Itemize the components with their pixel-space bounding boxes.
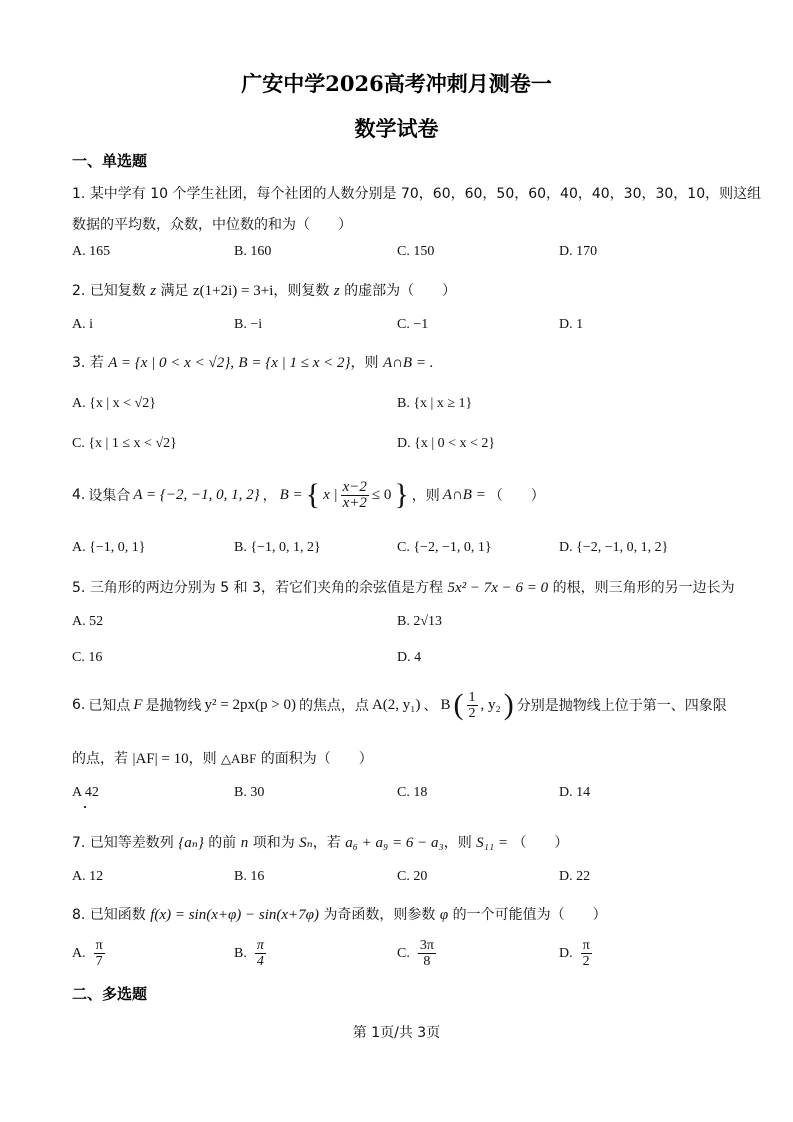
- q6-option-b: B. 30: [234, 785, 264, 801]
- q7-option-c: C. 20: [397, 869, 427, 885]
- q5-option-d: D. 4: [397, 650, 421, 666]
- q7-option-b: B. 16: [234, 869, 264, 885]
- q5-option-a: A. 52: [72, 614, 103, 630]
- question-8: 8. 已知函数 f(x) = sin(x+φ) − sin(x+7φ) 为奇函数…: [72, 904, 607, 924]
- q8-option-b: B. π4: [234, 938, 266, 969]
- exam-page: 广安中学2026高考冲刺月测卷一 数学试卷 一、单选题 1. 某中学有 10 个…: [0, 0, 793, 1122]
- right-paren: ): [504, 688, 514, 722]
- question-3: 3. 若 A = {x | 0 < x < √2}, B = {x | 1 ≤ …: [72, 352, 433, 372]
- q2-option-a: A. i: [72, 317, 93, 333]
- question-1-line-1: 1. 某中学有 10 个学生社团，每个社团的人数分别是 70，60，60，50，…: [72, 183, 761, 203]
- section-single-choice: 一、单选题: [72, 150, 147, 171]
- q2-option-c: C. −1: [397, 317, 428, 333]
- q6-option-d: D. 14: [559, 785, 590, 801]
- question-4: 4. 设集合 A = {−2, −1, 0, 1, 2} ， B = { x |…: [72, 478, 545, 512]
- question-1-line-2: 数据的平均数，众数，中位数的和为（ ）: [72, 214, 352, 234]
- q7-option-d: D. 22: [559, 869, 590, 885]
- q6-option-a: A 42: [72, 785, 99, 801]
- q2-option-b: B. −i: [234, 317, 262, 333]
- q2-option-d: D. 1: [559, 317, 583, 333]
- question-5: 5. 三角形的两边分别为 5 和 3，若它们夹角的余弦值是方程 5x² − 7x…: [72, 577, 735, 597]
- q4-option-b: B. {−1, 0, 1, 2}: [234, 540, 321, 556]
- section-multi-choice: 二、多选题: [72, 983, 147, 1004]
- q1-option-d: D. 170: [559, 244, 597, 260]
- q3-option-a: A. {x | x < √2}: [72, 396, 156, 412]
- stray-dot: [84, 806, 86, 808]
- q3-option-d: D. {x | 0 < x < 2}: [397, 436, 495, 452]
- q8-option-a: A. π7: [72, 938, 105, 969]
- right-brace: }: [394, 478, 408, 512]
- q1-option-b: B. 160: [234, 244, 271, 260]
- q8-option-c: C. 3π8: [397, 938, 436, 969]
- q1-option-c: C. 150: [397, 244, 434, 260]
- q4-option-c: C. {−2, −1, 0, 1}: [397, 540, 492, 556]
- question-2: 2. 已知复数 z 满足 z(1+2i) = 3+i，则复数 z 的虚部为（ ）: [72, 280, 456, 300]
- q4-option-a: A. {−1, 0, 1}: [72, 540, 145, 556]
- q3-option-c: C. {x | 1 ≤ x < √2}: [72, 436, 177, 452]
- fraction: x−2 x+2: [341, 480, 369, 511]
- q5-option-b: B. 2√13: [397, 614, 442, 630]
- q5-option-c: C. 16: [72, 650, 102, 666]
- q4-option-d: D. {−2, −1, 0, 1, 2}: [559, 540, 668, 556]
- question-6-line-1: 6. 已知点 F 是抛物线 y² = 2px(p > 0) 的焦点，点 A(2,…: [72, 688, 727, 722]
- q8-option-d: D. π2: [559, 938, 592, 969]
- q7-option-a: A. 12: [72, 869, 103, 885]
- question-7: 7. 已知等差数列 {aₙ} 的前 n 项和为 Sₙ，若 a₆ + a₉ = 6…: [72, 832, 568, 852]
- exam-subtitle: 数学试卷: [0, 113, 793, 143]
- left-paren: (: [454, 688, 464, 722]
- q3-option-b: B. {x | x ≥ 1}: [397, 396, 472, 412]
- page-indicator: 第 1页/共 3页: [0, 1022, 793, 1042]
- exam-title: 广安中学2026高考冲刺月测卷一: [0, 68, 793, 98]
- question-6-line-2: 的点，若 |AF| = 10，则 △ABF 的面积为（ ）: [72, 748, 373, 768]
- fraction: 1 2: [467, 690, 478, 721]
- q6-option-c: C. 18: [397, 785, 427, 801]
- q1-option-a: A. 165: [72, 244, 110, 260]
- left-brace: {: [306, 478, 320, 512]
